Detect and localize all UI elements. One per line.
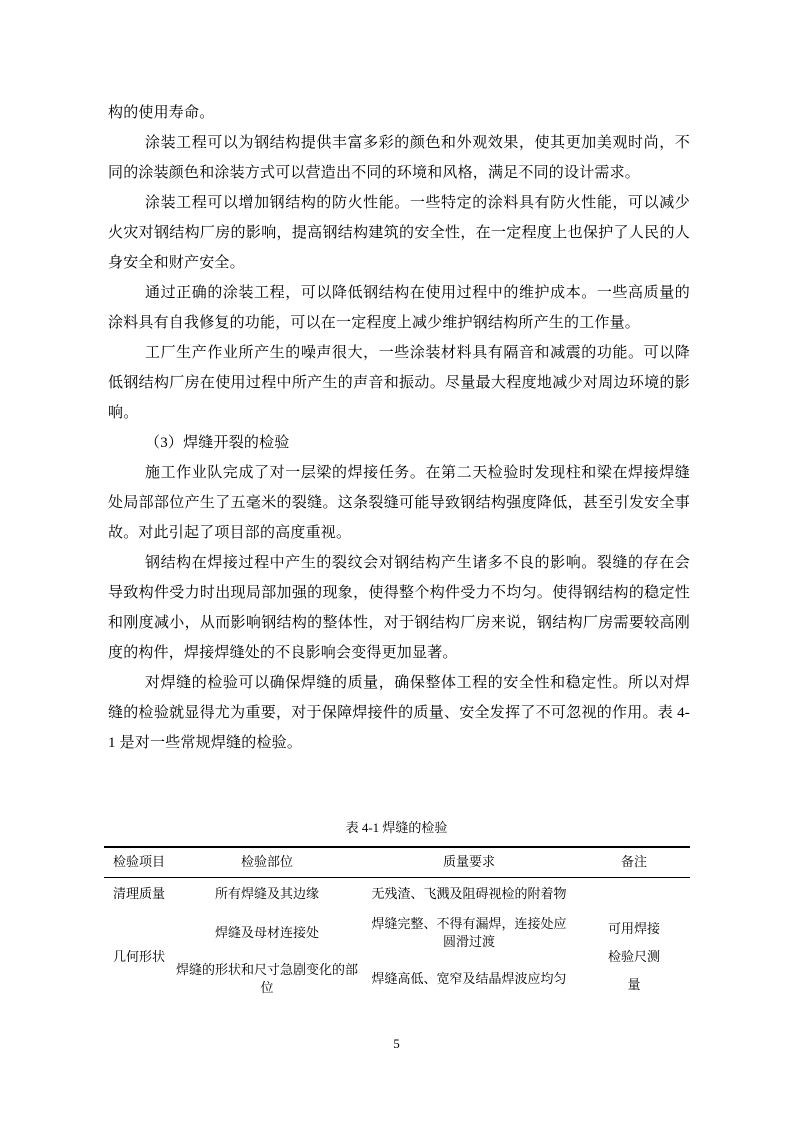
weld-inspection-table: 检验项目 检验部位 质量要求 备注 清理质量 所有焊缝及其边缘 无残渣、飞溅及阻… [104, 846, 690, 1003]
cell-part-text: 焊缝的形状和尺寸急剧变化的部位 [174, 961, 360, 997]
column-header-remark: 备注 [578, 847, 690, 877]
cell-part: 焊缝的形状和尺寸急剧变化的部位 [174, 955, 360, 1003]
table-row: 清理质量 所有焊缝及其边缘 无残渣、飞溅及阻碍视检的附着物 [104, 877, 690, 910]
cell-quality-text: 焊缝完整、不得有漏焊，连接处应圆滑过渡 [368, 915, 570, 951]
paragraph: 对焊缝的检验可以确保焊缝的质量，确保整体工程的安全性和稳定性。所以对焊缝的检验就… [108, 668, 690, 758]
column-header-quality-requirement: 质量要求 [360, 847, 578, 877]
column-header-inspection-item: 检验项目 [104, 847, 174, 877]
page-number: 5 [0, 1036, 793, 1052]
cell-quality: 焊缝高低、宽窄及结晶焊波应均匀 [360, 955, 578, 1003]
paragraph-continuation: 构的使用寿命。 [108, 98, 690, 128]
section-heading: （3）焊缝开裂的检验 [108, 428, 690, 458]
cell-item: 清理质量 [104, 877, 174, 910]
table-row: 几何形状 焊缝及母材连接处 焊缝完整、不得有漏焊，连接处应圆滑过渡 可用焊接检验… [104, 910, 690, 955]
cell-item: 几何形状 [104, 910, 174, 1003]
cell-quality: 无残渣、飞溅及阻碍视检的附着物 [360, 877, 578, 910]
cell-quality: 焊缝完整、不得有漏焊，连接处应圆滑过渡 [360, 910, 578, 955]
cell-part: 所有焊缝及其边缘 [174, 877, 360, 910]
paragraph: 涂装工程可以增加钢结构的防火性能。一些特定的涂料具有防火性能，可以减少火灾对钢结… [108, 188, 690, 278]
table-header-row: 检验项目 检验部位 质量要求 备注 [104, 847, 690, 877]
table-caption: 表 4-1 焊缝的检验 [0, 816, 793, 840]
document-page: 构的使用寿命。 涂装工程可以为钢结构提供丰富多彩的颜色和外观效果，使其更加美观时… [0, 0, 793, 1122]
body-text-block: 构的使用寿命。 涂装工程可以为钢结构提供丰富多彩的颜色和外观效果，使其更加美观时… [108, 98, 690, 758]
cell-note [578, 877, 690, 910]
column-header-inspection-part: 检验部位 [174, 847, 360, 877]
paragraph: 施工作业队完成了对一层梁的焊接任务。在第二天检验时发现柱和梁在焊接焊缝处局部部位… [108, 458, 690, 548]
paragraph: 通过正确的涂装工程，可以降低钢结构在使用过程中的维护成本。一些高质量的涂料具有自… [108, 278, 690, 338]
paragraph: 钢结构在焊接过程中产生的裂纹会对钢结构产生诸多不良的影响。裂缝的存在会导致构件受… [108, 548, 690, 668]
cell-part: 焊缝及母材连接处 [174, 910, 360, 955]
cell-note: 可用焊接检验尺测量 [578, 910, 690, 1003]
cell-note-text: 可用焊接检验尺测量 [605, 915, 664, 999]
paragraph: 涂装工程可以为钢结构提供丰富多彩的颜色和外观效果，使其更加美观时尚，不同的涂装颜… [108, 128, 690, 188]
paragraph: 工厂生产作业所产生的噪声很大，一些涂装材料具有隔音和减震的功能。可以降低钢结构厂… [108, 338, 690, 428]
